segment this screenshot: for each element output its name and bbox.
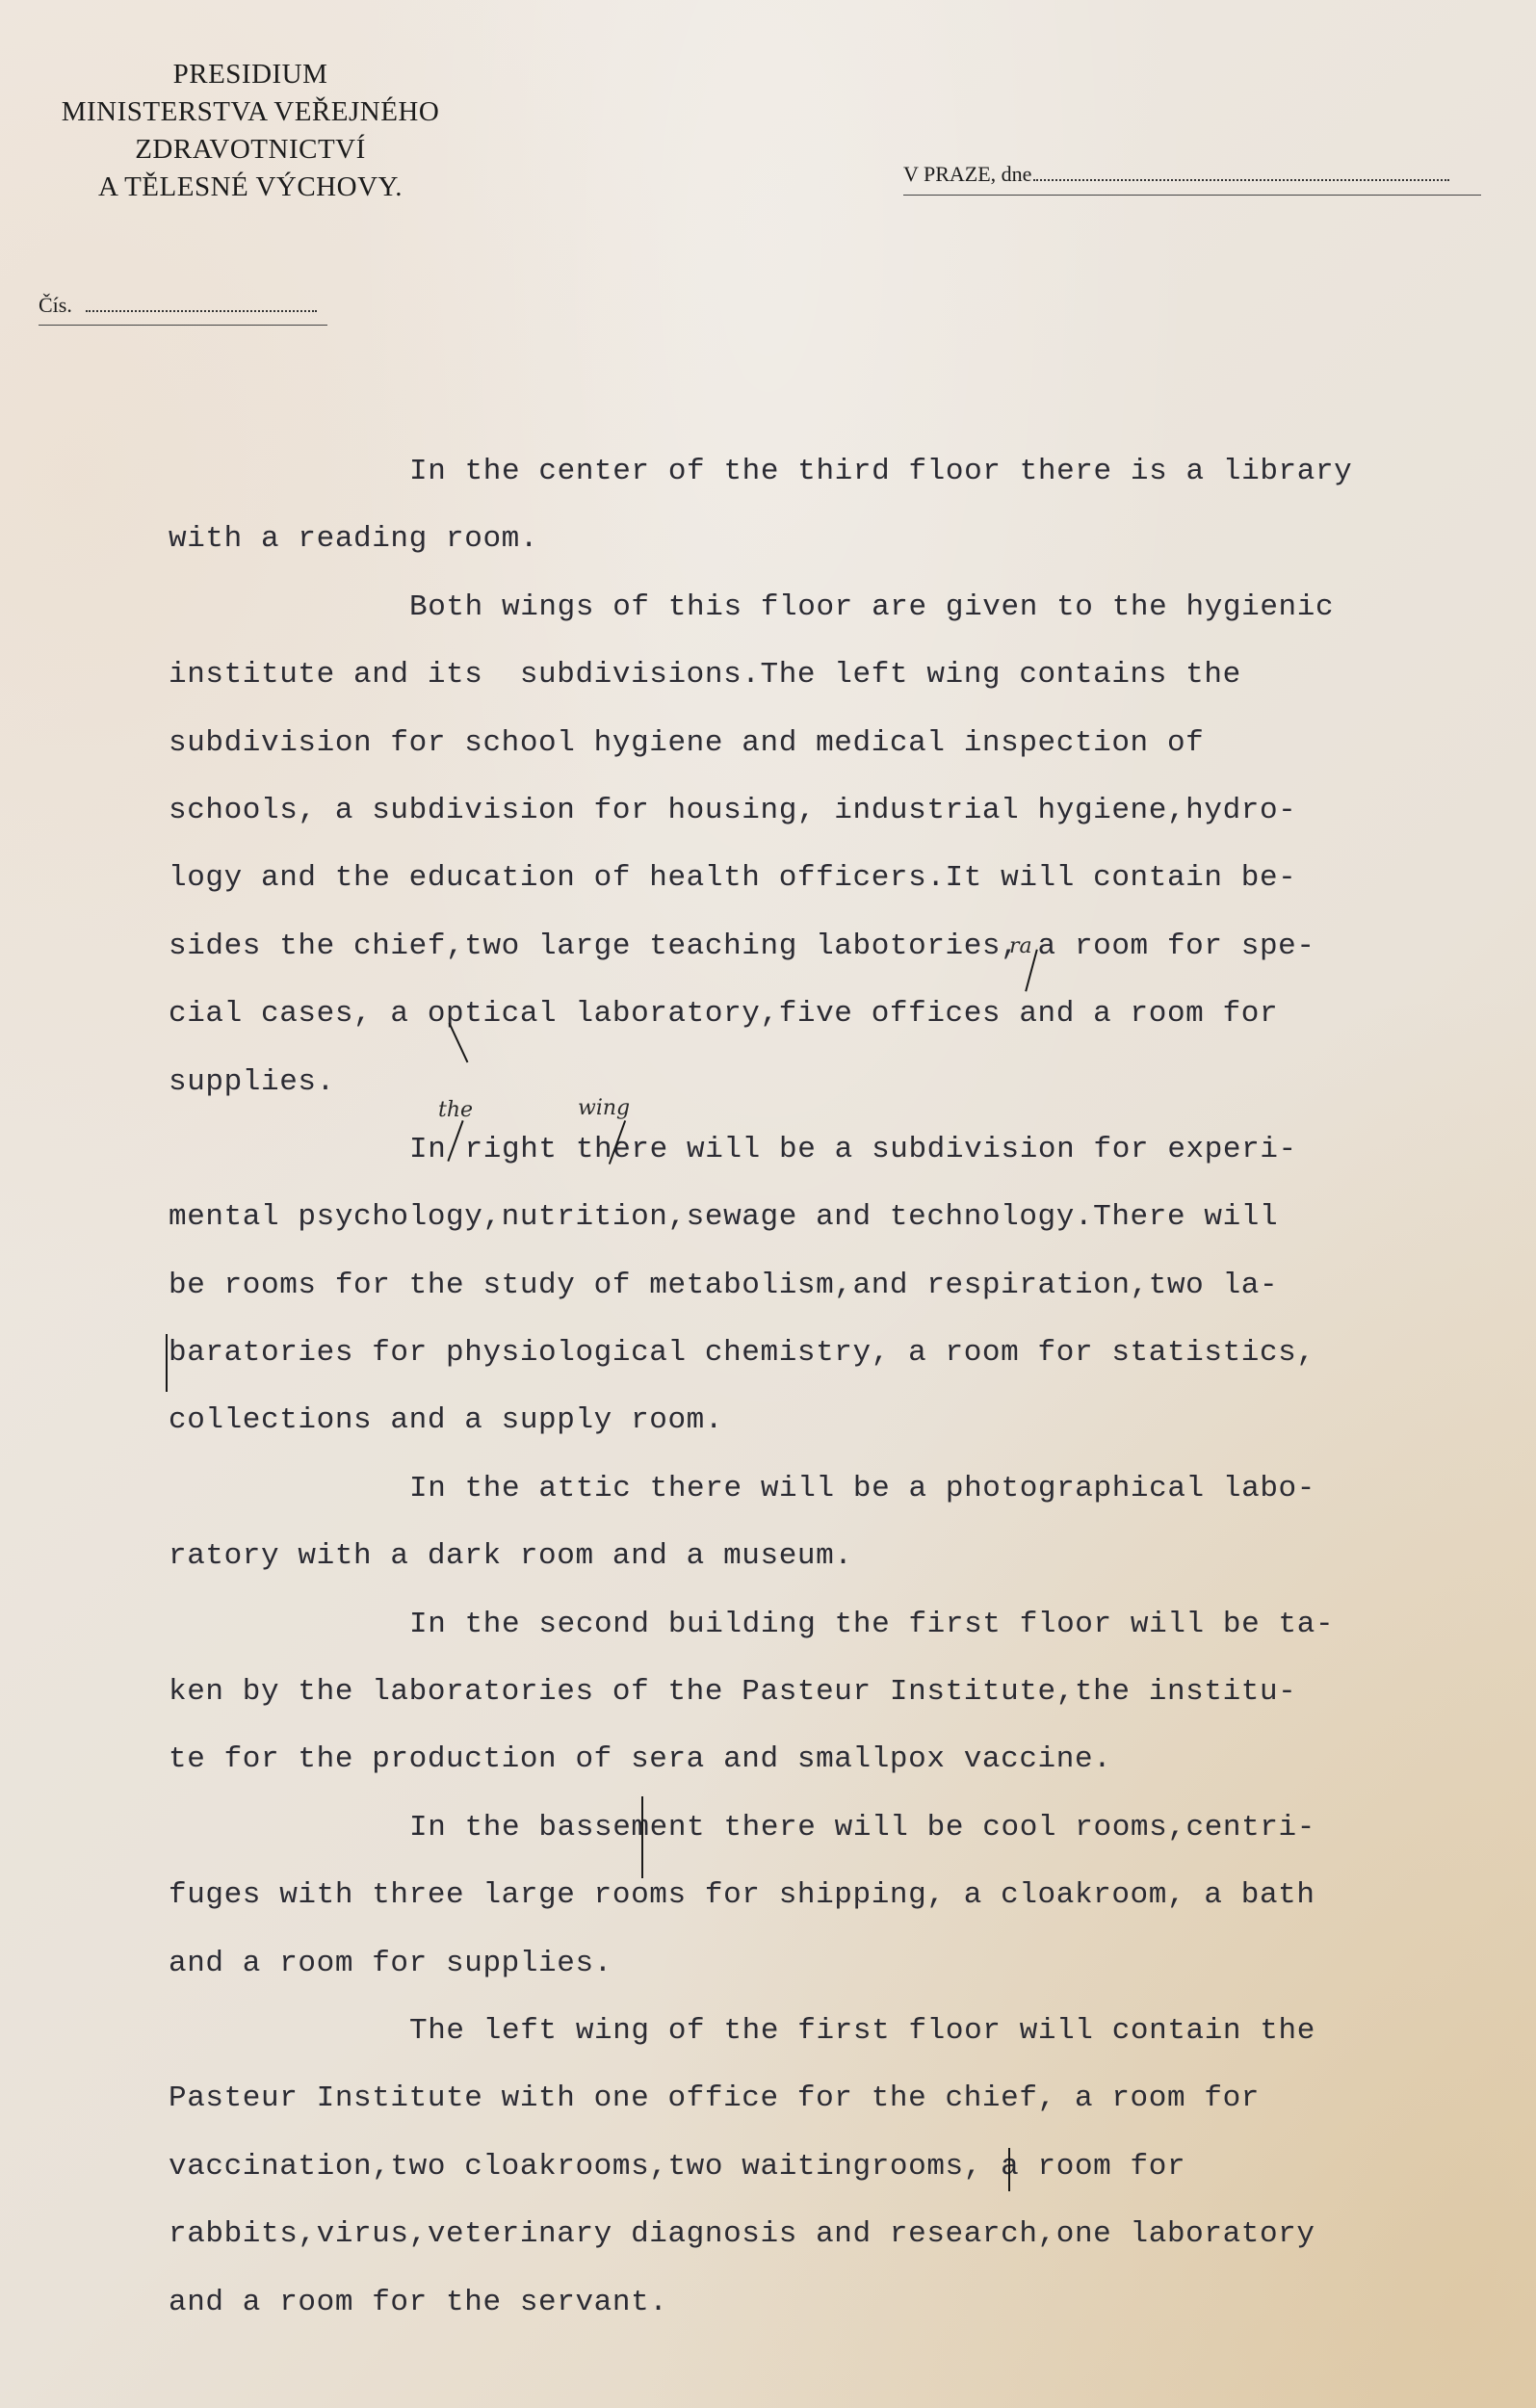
- handwritten-insert-the: the: [438, 1098, 473, 1122]
- date-dotted-line: [1033, 166, 1449, 181]
- typed-line: Pasteur Institute with one office for th…: [169, 2080, 1536, 2147]
- letterhead-line: A TĚLESNÉ VÝCHOVY.: [39, 169, 462, 206]
- typed-line: In the attic there will be a photographi…: [169, 1470, 1536, 1537]
- handwritten-insert-ra: ra: [1009, 934, 1032, 958]
- typed-line: ratory with a dark room and a museum.: [169, 1537, 1536, 1605]
- typed-line: In the second building the first floor w…: [169, 1606, 1536, 1673]
- letterhead-line: PRESIDIUM: [39, 56, 462, 93]
- correction-stroke: [166, 1334, 168, 1392]
- letterhead: PRESIDIUM MINISTERSTVA VEŘEJNÉHO ZDRAVOT…: [39, 56, 462, 206]
- correction-stroke: [1008, 2148, 1010, 2191]
- typed-line: fuges with three large rooms for shippin…: [169, 1876, 1536, 1944]
- typed-line: rabbits,virus,veterinary diagnosis and r…: [169, 2215, 1536, 2283]
- correction-stroke: [641, 1796, 643, 1878]
- typed-line: be rooms for the study of metabolism,and…: [169, 1267, 1536, 1334]
- typed-line: subdivision for school hygiene and medic…: [169, 724, 1536, 792]
- typed-line: mental psychology,nutrition,sewage and t…: [169, 1198, 1536, 1266]
- typed-line: baratories for physiological chemistry, …: [169, 1334, 1536, 1401]
- typed-line: ken by the laboratories of the Pasteur I…: [169, 1673, 1536, 1741]
- letterhead-line: ZDRAVOTNICTVÍ: [39, 131, 462, 169]
- place-date-field: V PRAZE, dne: [903, 162, 1449, 187]
- reference-label: Čís.: [39, 293, 72, 318]
- typed-line: collections and a supply room.: [169, 1401, 1536, 1469]
- reference-number-field: Čís.: [39, 293, 317, 318]
- typed-line: supplies.: [169, 1063, 1536, 1131]
- typed-line: In the bassement there will be cool room…: [169, 1809, 1536, 1876]
- typed-line: and a room for supplies.: [169, 1945, 1536, 2012]
- typed-line: cial cases, a optical laboratory,five of…: [169, 995, 1536, 1062]
- typed-line: sides the chief,two large teaching labot…: [169, 928, 1536, 995]
- reference-dotted-line: [86, 297, 317, 312]
- typed-line: with a reading room.: [169, 520, 1536, 588]
- typed-line: Both wings of this floor are given to th…: [169, 589, 1536, 656]
- typed-line: logy and the education of health officer…: [169, 859, 1536, 927]
- typed-line: te for the production of sera and smallp…: [169, 1741, 1536, 1808]
- reference-rule: [39, 325, 327, 326]
- letterhead-line: MINISTERSTVA VEŘEJNÉHO: [39, 93, 462, 131]
- typed-line: In right there will be a subdivision for…: [169, 1131, 1536, 1198]
- typed-line: The left wing of the first floor will co…: [169, 2012, 1536, 2080]
- place-date-label: V PRAZE, dne: [903, 162, 1031, 187]
- typed-line: In the center of the third floor there i…: [169, 453, 1536, 520]
- typed-body: In the center of the third floor there i…: [169, 453, 1536, 2351]
- place-date-rule: [903, 195, 1481, 196]
- typed-line: and a room for the servant.: [169, 2284, 1536, 2351]
- typed-line: vaccination,two cloakrooms,two waitingro…: [169, 2148, 1536, 2215]
- typed-line: institute and its subdivisions.The left …: [169, 656, 1536, 723]
- typed-line: schools, a subdivision for housing, indu…: [169, 792, 1536, 859]
- handwritten-insert-wing: wing: [578, 1096, 630, 1120]
